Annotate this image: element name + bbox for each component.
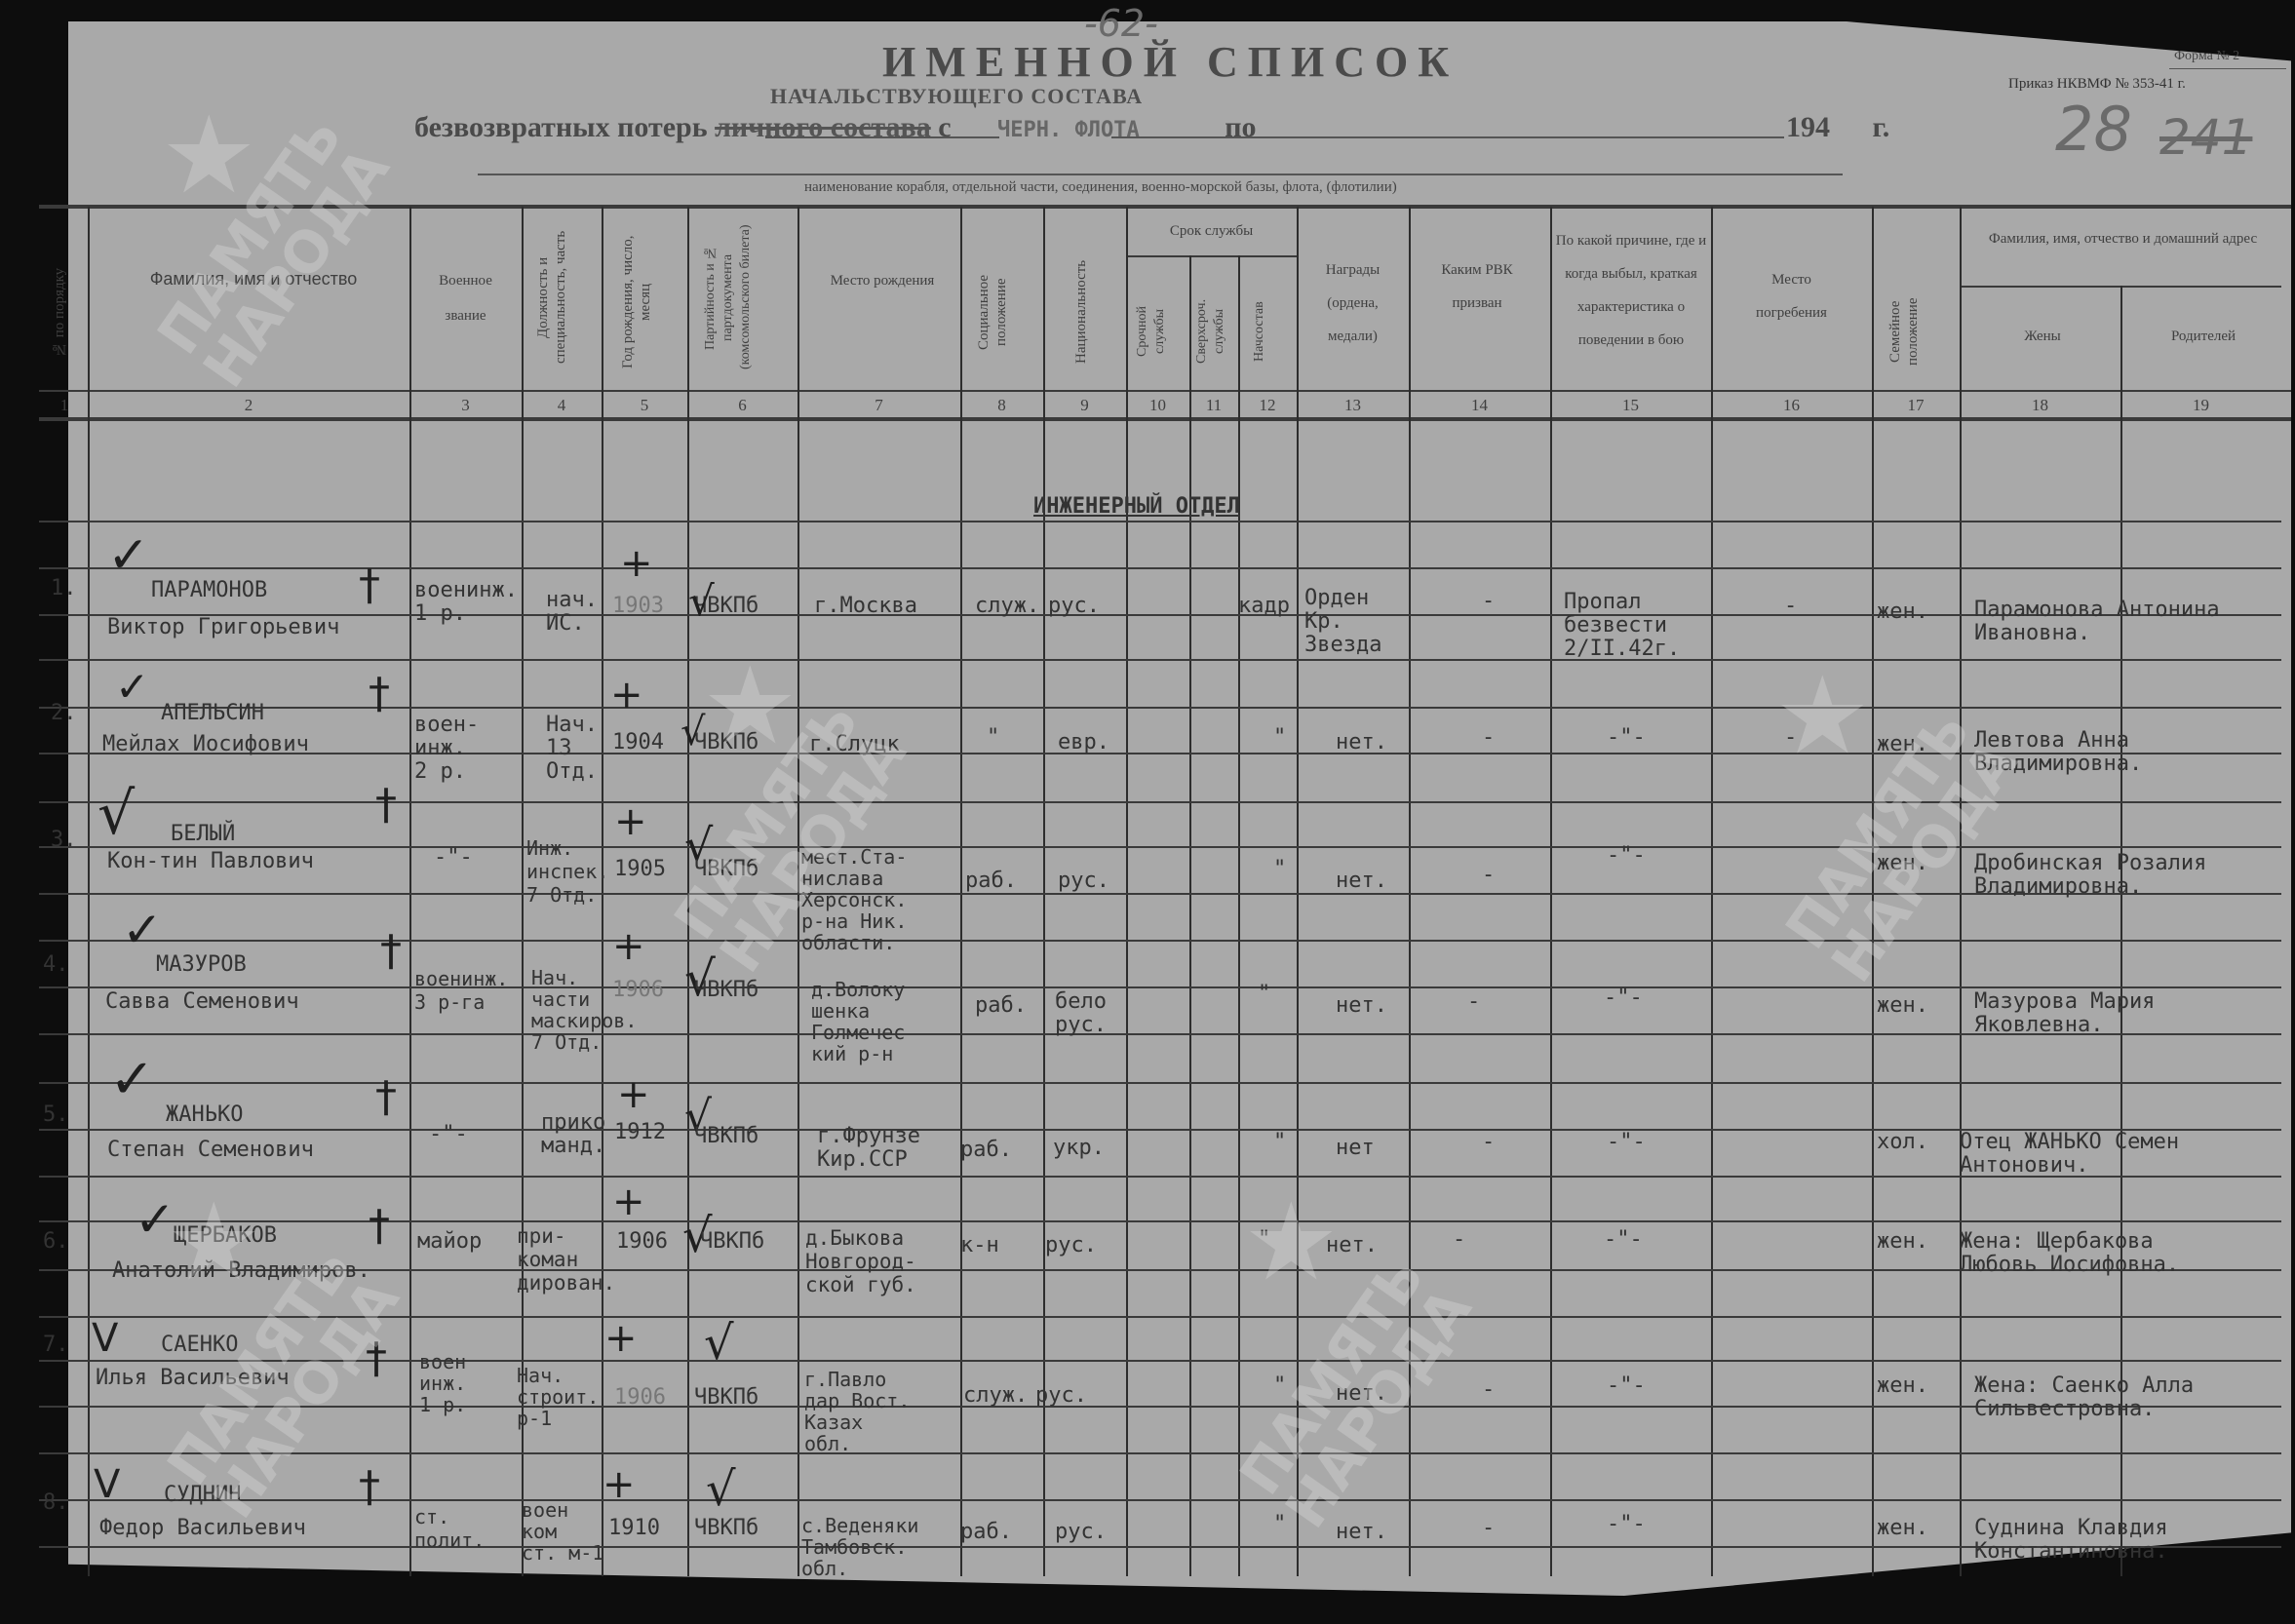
birthplace: г.Слуцк [809, 733, 900, 756]
col-header-15: По какой причине, где и когда выбыл, кра… [1554, 224, 1708, 357]
family-status: жен. [1877, 994, 1928, 1018]
col-header-11: Сверхсроч. службы [1193, 283, 1234, 380]
row-line [39, 659, 2281, 661]
given-name: Степан Семенович [107, 1139, 314, 1162]
reason: -"- [1604, 986, 1643, 1010]
rvk: - [1467, 990, 1480, 1014]
col-line [1189, 255, 1191, 1576]
title-line-struck: личного состава [715, 111, 931, 143]
checkmark-icon: ✓ [115, 663, 149, 711]
wife-address: Жена: Щербакова Любовь Иосифовна. [1960, 1230, 2179, 1277]
checkmark-icon: √ [704, 1316, 734, 1371]
year-field: 194 г. [1786, 111, 1889, 144]
handwritten-number: 28 [2055, 94, 2132, 165]
col-number-12: 12 [1238, 396, 1297, 415]
row-line [39, 753, 2281, 754]
party: ЧВКПб [694, 1517, 759, 1540]
col-number-19: 19 [2120, 396, 2281, 415]
social-status: раб. [965, 870, 1017, 893]
social-status: служ. [963, 1384, 1028, 1408]
wife-address: Левтова Анна Владимировна. [1974, 729, 2142, 776]
awards: нет. [1336, 870, 1387, 893]
col-number-2: 2 [88, 396, 409, 415]
row-line [39, 1269, 2281, 1271]
birthplace: д.Волоку шенка Голмечес кий р-н [811, 979, 905, 1064]
awards: нет. [1336, 731, 1387, 754]
plus-mark-icon: + [603, 1462, 636, 1507]
checkmark-icon: ✓ [135, 1191, 175, 1248]
col-header-17: Семейное положение [1887, 283, 1945, 380]
awards: нет. [1336, 994, 1387, 1018]
title-line-unit: ЧЕРН. ФЛОТА [997, 118, 1140, 142]
year-suffix: г. [1873, 111, 1890, 143]
family-status: жен. [1877, 1517, 1928, 1540]
awards: нет. [1336, 1521, 1387, 1544]
cadre: " [1258, 1228, 1270, 1252]
nationality: рус. [1048, 595, 1100, 618]
cross-mark-icon: † [375, 780, 397, 830]
row-number: 4. [43, 953, 69, 977]
rank: военинж. 1 р. [414, 579, 518, 626]
col-header-4: Должность и специальность, часть [534, 210, 593, 385]
wife-address: Суднина Клавдия Константиновна. [1974, 1517, 2168, 1564]
cross-mark-icon: † [369, 669, 390, 718]
position: нач. ИС. [546, 589, 598, 636]
cross-mark-icon: † [380, 926, 402, 976]
row-number: 7. [43, 1334, 69, 1357]
plus-mark-icon: + [620, 541, 653, 586]
position: воен ком ст. м-1 [522, 1499, 603, 1564]
row-number: 2. [51, 702, 77, 725]
row-number: 3. [51, 829, 77, 852]
row-line [39, 1316, 2281, 1318]
rvk: - [1482, 590, 1495, 613]
cadre: " [1273, 1374, 1286, 1398]
col-line [1238, 255, 1240, 1576]
rvk: - [1453, 1228, 1465, 1252]
nationality: укр. [1053, 1137, 1105, 1160]
row-number: 5. [43, 1103, 69, 1127]
surname: ЩЕРБАКОВ [174, 1224, 277, 1248]
position: при- коман дирован. [517, 1224, 615, 1295]
checkmark-icon: ✓ [122, 902, 163, 958]
checkmark-icon: V [92, 1316, 118, 1361]
rank: воен инж. 1 р. [419, 1351, 466, 1415]
col-header-10: Срочной службы [1134, 283, 1183, 380]
col-number-8: 8 [960, 396, 1043, 415]
form-label-rule [2169, 68, 2286, 69]
cross-mark-icon: † [359, 1462, 380, 1512]
birth-year: 1912 [614, 1121, 666, 1144]
given-name: Савва Семенович [105, 990, 299, 1014]
order-label: Приказ НКВМФ № 353-41 г. [2008, 76, 2186, 93]
burial-place: - [1784, 726, 1797, 750]
party: ЧВКПб [694, 858, 759, 881]
table-top-border [39, 205, 2291, 209]
family-status: жен. [1877, 733, 1928, 756]
row-line [39, 1129, 2281, 1131]
cross-mark-icon: † [366, 1334, 387, 1383]
col-number-9: 9 [1043, 396, 1126, 415]
col-header-5: Год рождения, число, месяц [619, 224, 668, 380]
row-number: 1. [51, 577, 77, 600]
col-number-15: 15 [1550, 396, 1711, 415]
burial-place: - [1784, 595, 1797, 618]
row-line [39, 940, 2281, 942]
position: прико манд. [541, 1111, 605, 1158]
checkmark-icon: ✓ [109, 1048, 155, 1111]
nationality: рус. [1035, 1384, 1087, 1408]
title-line: безвозвратных потерь личного состава с Ч… [414, 111, 1257, 144]
col-number-13: 13 [1297, 396, 1409, 415]
party: ЧВКПб [694, 1386, 759, 1410]
social-status: к-н [960, 1234, 999, 1257]
wife-address: Мазурова Мария Яковлевна. [1974, 990, 2155, 1037]
col-header-16: Место погребения [1740, 263, 1843, 329]
col-number-18: 18 [1960, 396, 2120, 415]
wife-address: Дробинская Розалия Владимировна. [1974, 852, 2206, 899]
birth-year: 1906 [614, 1386, 666, 1410]
col-header-13: Награды (ордена, медали) [1306, 253, 1399, 353]
col-number-5: 5 [602, 396, 687, 415]
rank: -"- [434, 846, 473, 870]
row-line [39, 614, 2281, 616]
document-title: ИМЕННОЙ СПИСОК [882, 37, 1459, 87]
unit-caption: наименование корабля, отдельной части, с… [804, 179, 1397, 196]
birth-year: 1905 [614, 858, 666, 881]
checkmark-icon: √ [97, 780, 135, 848]
party: ЧВКПб [694, 1125, 759, 1148]
party: ЧВКПб [694, 979, 759, 1002]
given-name: Анатолий Владимиров. [112, 1259, 370, 1283]
col-header-19: Родителей [2125, 322, 2281, 351]
col-number-11: 11 [1189, 396, 1238, 415]
family-status: жен. [1877, 852, 1928, 875]
checkmark-icon: √ [688, 577, 715, 625]
date-fill-line [1111, 136, 1784, 138]
rank: воен- инж. 2 р. [414, 714, 479, 784]
row-number: 8. [43, 1491, 69, 1515]
rvk: - [1482, 864, 1495, 887]
rvk: - [1482, 726, 1495, 750]
col-header-2: Фамилия, имя и отчество [146, 255, 361, 302]
nationality: евр. [1058, 731, 1109, 754]
birth-year: 1903 [612, 595, 664, 618]
rank: майор [417, 1230, 482, 1254]
row-line [39, 1452, 2281, 1454]
cross-mark-icon: † [375, 1072, 397, 1122]
birth-year: 1906 [612, 979, 664, 1002]
plus-mark-icon: + [610, 673, 643, 717]
group-header-address: Фамилия, имя, отчество и домашний адрес [1964, 222, 2281, 255]
handwritten-struck-number: 241 [2159, 109, 2252, 166]
surname: СУДНИН [164, 1484, 241, 1507]
group-header-service-term: Срок службы [1131, 216, 1292, 246]
wife-address: Парамонова Антонина Ивановна. [1974, 599, 2220, 645]
row-line [39, 521, 2281, 522]
service-term-divider [1126, 255, 1297, 257]
row-line [39, 846, 2281, 848]
cadre: " [1273, 726, 1286, 750]
surname: ЖАНЬКО [166, 1103, 243, 1127]
row-line [39, 1546, 2281, 1548]
social-status: раб. [975, 994, 1027, 1018]
reason: -"- [1607, 1374, 1646, 1398]
col-header-8: Социальное положение [975, 244, 1029, 380]
reason: -"- [1607, 844, 1646, 868]
family-status: хол. [1877, 1131, 1928, 1154]
birthplace: г.Москва [814, 595, 917, 618]
rank: -"- [429, 1123, 468, 1146]
col-number-16: 16 [1711, 396, 1872, 415]
col-header-14: Каким РВК призван [1428, 253, 1526, 320]
birthplace: д.Быкова Новгород- ской губ. [805, 1226, 916, 1296]
position: Нач. строит. р-1 [517, 1365, 599, 1429]
plus-mark-icon: + [617, 1072, 650, 1117]
party: ЧВКПб [694, 731, 759, 754]
subtitle-overlay: НАЧАЛЬСТВУЮЩЕГО СОСТАВА [770, 84, 1143, 109]
unit-fill-line [765, 136, 999, 138]
birthplace: с.Веденяки Тамбовск. обл. [801, 1515, 918, 1579]
col-number-7: 7 [797, 396, 960, 415]
reason: -"- [1607, 726, 1646, 750]
cadre: кадр [1238, 595, 1290, 618]
col-number-10: 10 [1126, 396, 1189, 415]
title-line-po: по [1225, 111, 1256, 143]
awards: Орден Кр. Звезда [1304, 587, 1381, 657]
col-header-1: № по порядку [51, 244, 80, 380]
title-line-s: с [938, 111, 951, 143]
wife-address: Отец ЖАНЬКО Семен Антонович. [1960, 1131, 2179, 1178]
col-header-9: Национальность [1072, 244, 1102, 380]
nationality: рус. [1058, 870, 1109, 893]
form-label: Форма № 2 [2174, 49, 2239, 64]
col-number-14: 14 [1409, 396, 1550, 415]
checkmark-icon: V [94, 1462, 120, 1507]
header-bottom-border [39, 417, 2291, 421]
birth-year: 1904 [612, 731, 664, 754]
party: ЧВКПб [700, 1230, 764, 1254]
family-status: жен. [1877, 1230, 1928, 1254]
birthplace: г.Павло дар Вост. Казах обл. [804, 1369, 910, 1454]
reason: -"- [1607, 1513, 1646, 1536]
plus-mark-icon: + [604, 1316, 638, 1361]
cadre: " [1273, 858, 1286, 881]
rvk: - [1482, 1378, 1495, 1402]
awards: нет. [1336, 1382, 1387, 1406]
col-number-6: 6 [687, 396, 797, 415]
surname: САЕНКО [161, 1334, 238, 1357]
header-number-divider [39, 390, 2291, 392]
reason: Пропал безвести 2/II.42г. [1564, 591, 1680, 661]
social-status: раб. [960, 1139, 1012, 1162]
given-name: Федор Васильевич [99, 1517, 306, 1540]
social-status: служ. [975, 595, 1039, 618]
surname: ПАРАМОНОВ [151, 579, 267, 602]
col-number-4: 4 [522, 396, 602, 415]
unit-name-line [478, 174, 1843, 175]
awards: нет [1336, 1137, 1375, 1160]
given-name: Кон-тин Павлович [107, 850, 314, 873]
plus-mark-icon: + [614, 799, 647, 844]
col-number-1: 1 [41, 396, 88, 415]
nationality: рус. [1055, 1521, 1107, 1544]
title-line-prefix: безвозвратных потерь [414, 111, 708, 143]
cadre: " [1258, 983, 1270, 1006]
position: Нач. 13 Отд. [546, 714, 598, 784]
surname: АПЕЛЬСИН [161, 702, 264, 725]
col-number-3: 3 [409, 396, 522, 415]
plus-mark-icon: + [612, 924, 645, 969]
social-status: раб. [960, 1521, 1012, 1544]
nationality: бело рус. [1055, 990, 1107, 1037]
checkmark-icon: √ [706, 1462, 736, 1517]
given-name: Илья Васильевич [96, 1367, 290, 1390]
plus-mark-icon: + [612, 1179, 645, 1224]
col-header-3: Военное звание [419, 263, 512, 333]
family-status: жен. [1877, 600, 1928, 624]
row-line [39, 1033, 2281, 1035]
rvk: - [1482, 1131, 1495, 1154]
social-status: " [987, 726, 999, 750]
cross-mark-icon: † [359, 561, 380, 610]
col-header-7: Место рождения [829, 263, 936, 298]
birth-year: 1906 [616, 1230, 668, 1254]
family-status: жен. [1877, 1374, 1928, 1398]
section-title: ИНЖЕНЕРНЫЙ ОТДЕЛ [1033, 495, 1240, 519]
cadre: " [1273, 1513, 1286, 1536]
rank: военинж. 3 р-га [414, 967, 508, 1014]
position: Инж. инспек. 7 Отд. [526, 836, 608, 907]
reason: -"- [1607, 1131, 1646, 1154]
awards: нет. [1326, 1234, 1378, 1257]
col-header-18: Жены [1964, 322, 2120, 351]
surname: БЕЛЫЙ [171, 823, 235, 846]
row-line [39, 1176, 2281, 1178]
row-line [39, 1406, 2281, 1408]
row-line [39, 986, 2281, 988]
given-name: Виктор Григорьевич [107, 616, 339, 639]
reason: -"- [1604, 1228, 1643, 1252]
rank: ст. полит. [414, 1505, 485, 1552]
col-header-12: Начсостав [1251, 283, 1280, 380]
row-line [39, 893, 2281, 895]
given-name: Мейлах Иосифович [102, 733, 309, 756]
nationality: рус. [1045, 1234, 1097, 1257]
birthplace: мест.Ста- нислава Херсонск. р-на Ник. об… [801, 846, 907, 953]
col-header-6: Партийность и № партдокумента (комсомоль… [702, 210, 780, 385]
cross-mark-icon: † [369, 1201, 390, 1251]
col-number-17: 17 [1872, 396, 1960, 415]
birth-year: 1910 [608, 1517, 660, 1540]
rvk: - [1482, 1517, 1495, 1540]
wife-address: Жена: Саенко Алла Сильвестровна. [1974, 1374, 2194, 1421]
surname: МАЗУРОВ [156, 953, 247, 977]
birthplace: г.Фрунзе Кир.ССР [817, 1125, 920, 1172]
year-prefix: 194 [1786, 111, 1830, 143]
cadre: " [1273, 1131, 1286, 1154]
row-number: 6. [43, 1230, 69, 1254]
checkmark-icon: ✓ [107, 526, 150, 585]
